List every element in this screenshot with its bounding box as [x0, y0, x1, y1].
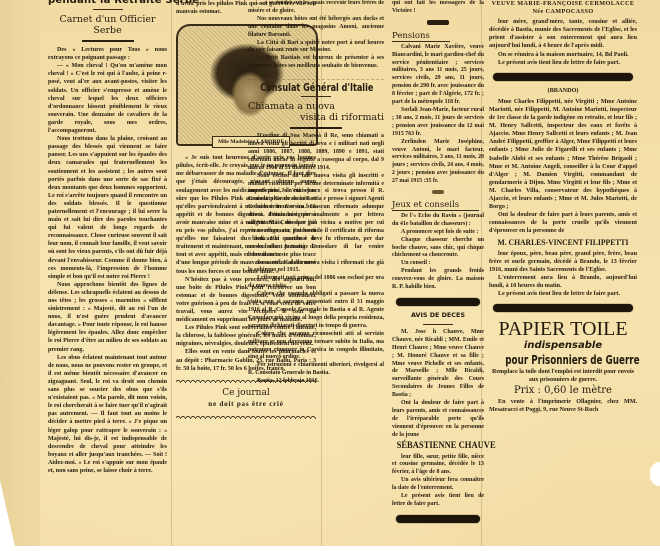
paragraph: Chaque chasseur cherche un boche chauve,…: [392, 237, 484, 261]
paragraph: Nous approchons bientôt des lignes de dé…: [48, 281, 167, 354]
column-serbian-retreat: pendant la Retraite Serbe Carnet d'un Of…: [48, 0, 167, 475]
article-title: visita di riformati: [248, 112, 384, 123]
paragraph: D'ordine di Sua Maestà il Re, sono chiam…: [248, 133, 384, 173]
location-heading: (BRANDO): [489, 87, 637, 95]
notice-title: Ce journal: [176, 388, 316, 399]
ad-tagline: pour Prisonniers de Guerre: [505, 352, 620, 368]
page-left-margin: [0, 0, 40, 551]
paragraph: Sono esclusi da tale nuova visita gli in…: [248, 173, 384, 260]
paragraph: Ont la douleur de faire part à leurs par…: [489, 211, 637, 235]
paragraph: Sorlali Jean-Marie, facteur rural ; 30 a…: [392, 107, 484, 139]
paragraph: Nous trottons dans la plaine, croisant a…: [48, 135, 167, 281]
ornament: [432, 190, 444, 194]
divider: [423, 324, 453, 325]
ad-title: PAPIER TOILE: [489, 318, 637, 340]
maiden-name: Née CAMPOCASSO: [489, 8, 637, 16]
black-rule: [396, 298, 480, 306]
article-title: Chiamata a nuova: [248, 101, 384, 112]
paragraph: Un conseil :: [392, 260, 484, 268]
article-title: Carnet d'un Officier Serbe: [48, 14, 167, 36]
paragraph: M. Jose h Chauve, Mme Chauve, née Ricald…: [392, 329, 484, 400]
ad-sale-info: En vente à l'imprimerie Ollagnier, chez …: [489, 398, 637, 414]
paragraph: Coloro che saranno riconosciuti atti al …: [248, 331, 384, 363]
divider: [82, 40, 134, 42]
headline: pendant la Retraite Serbe: [48, 0, 167, 5]
paragraph: Bastia, 12 febbraio 1916.: [248, 378, 384, 386]
paragraph: Le Petit Bastiais est heureux de présent…: [248, 55, 384, 71]
section-title-pensions: Pensions: [392, 33, 450, 42]
paragraph: La Città di Bari a quitté notre port à n…: [248, 40, 384, 56]
divider: [248, 79, 384, 80]
paragraph: I riformati nati prima del 1886 son escl…: [248, 275, 384, 291]
wavy-rule: [176, 414, 316, 419]
divider: [93, 9, 123, 10]
deceased-name: SÉBASTIENNE CHAUVE: [397, 443, 480, 451]
paragraph: Sono esclusi dalla nuova visita i riform…: [248, 260, 384, 276]
torn-bottom-edge: [0, 546, 660, 551]
column-notices: qui ont fait les messagers de la Victoir…: [392, 0, 484, 529]
black-rule: [396, 515, 480, 523]
paragraph: … à se rendre sur les quais recevoir leu…: [248, 0, 384, 16]
ad-subtitle: indispensable: [489, 340, 637, 352]
paragraph: De l'« Echo du Ravin » (journal du 41e b…: [392, 213, 484, 229]
section-headline: Consulat Général d'Italie: [260, 84, 372, 92]
paragraph: Mme Charles Filippetti, née Virgitti ; M…: [489, 98, 637, 211]
column-obituaries-ad: VEUVE MARIE-FRANÇOISE CERMOLACCE Née CAM…: [489, 0, 637, 414]
paragraph: Zerlinden Marie Joséphine, veuve Antoni,…: [392, 139, 484, 186]
paragraph: — « Mon cheval ! Qu'on m'amène mon cheva…: [48, 62, 167, 135]
paragraph: On se réunira à la maison mortuaire, 14,…: [489, 51, 637, 59]
notice-box: Ce journal ne doit pas être crié: [176, 388, 316, 409]
paragraph: Nos nouveaux hôtes ont été hébergés aux …: [248, 16, 384, 40]
section-title-jeux: Jeux et conseils: [392, 202, 479, 211]
column-consulate: … à se rendre sur les quais recevoir leu…: [248, 0, 384, 386]
paragraph: leur mère, grand'mère, tante, cousine et…: [489, 18, 637, 50]
paragraph: Ont la douleur de faire part à leurs par…: [392, 400, 484, 440]
ornament: [427, 20, 449, 25]
paragraph: Un avis ultérieur fera connaître la date…: [392, 477, 484, 493]
deceased-name: M. CHARLES-VINCENT FILIPPETTI: [496, 238, 629, 246]
column-divider: [171, 0, 172, 551]
paragraph: Coloro che essendo obbligati a passare l…: [248, 291, 384, 331]
deceased-name: VEUVE MARIE-FRANÇOISE CERMOLACCE: [489, 0, 637, 8]
paragraph: Des « Lectures pour Tous » nous extrayon…: [48, 46, 167, 62]
paragraph: Les obus éclatent maintenant tout autour…: [48, 354, 167, 475]
paragraph: Pendant les grands froids couvrez-vous d…: [392, 268, 484, 292]
paragraph: Le présent avis tient lieu de lettre de …: [392, 493, 484, 509]
paragraph: Per istruzioni e chiarimenti ulteriori, …: [248, 362, 384, 378]
divider: [290, 127, 342, 129]
torn-corner: [0, 480, 16, 551]
paragraph: A prononcer sept fois de suite :: [392, 229, 484, 237]
paragraph: qui ont fait les messagers de la Victoir…: [392, 0, 484, 16]
paragraph: Calvani Marie Xavière, veuve Biancardini…: [392, 44, 484, 107]
paragraph: L'enterrement aura lieu à Brando, aujour…: [489, 274, 637, 290]
ad-price: Prix : 0,60 le mètre: [489, 385, 637, 397]
divider: [301, 96, 331, 97]
paragraph: leur fille, sœur, petite fille, nièce et…: [392, 454, 484, 478]
torn-notch: [650, 462, 660, 486]
notice-subtitle: ne doit pas être crié: [176, 399, 316, 409]
black-rule: [493, 304, 633, 312]
paragraph: leur époux, père, beau père, grand père,…: [489, 250, 637, 274]
ad-body: Remplace la toile dont l'emploi est inte…: [489, 368, 637, 384]
black-rule: [493, 73, 633, 81]
section-title-avis: AVIS DE DECES: [392, 312, 484, 320]
paragraph: Le présent avis tient lieu de lettre de …: [489, 59, 637, 67]
paragraph: Le présent avis tient lieu de lettre de …: [489, 290, 637, 298]
newspaper-page: pendant la Retraite Serbe Carnet d'un Of…: [0, 0, 660, 551]
